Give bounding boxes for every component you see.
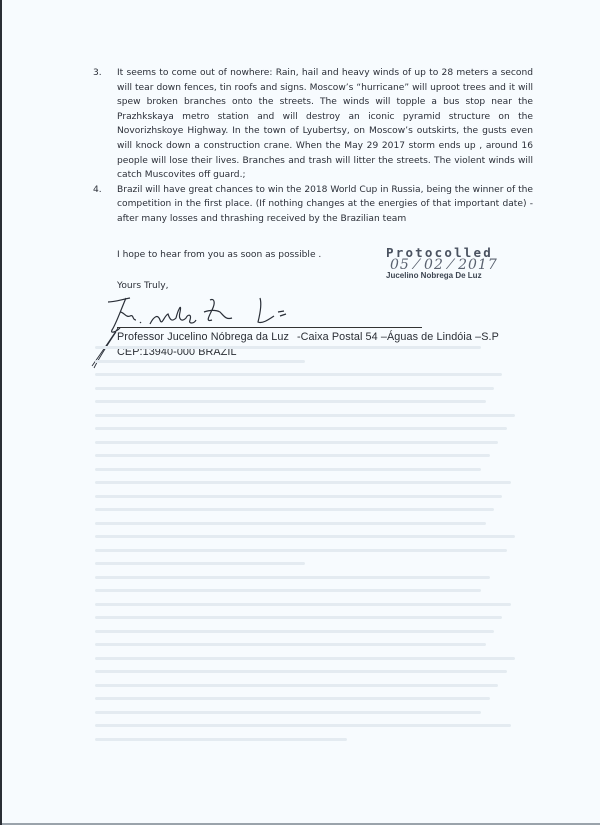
bleed-line bbox=[95, 495, 502, 498]
bleed-line bbox=[95, 441, 498, 444]
list-item: 3. It seems to come out of nowhere: Rain… bbox=[93, 66, 533, 183]
stamp-name: Jucelino Nobrega De Luz bbox=[386, 271, 526, 280]
bleed-line bbox=[95, 589, 481, 592]
bleed-line bbox=[95, 535, 515, 538]
bleed-line bbox=[95, 643, 486, 646]
closing-line: I hope to hear from you as soon as possi… bbox=[117, 250, 321, 260]
list-item-text: Brazil will have great chances to win th… bbox=[117, 185, 533, 224]
prediction-list: 3. It seems to come out of nowhere: Rain… bbox=[93, 66, 533, 227]
bleed-line bbox=[95, 346, 481, 349]
bleed-line bbox=[95, 427, 507, 430]
letter-page: 3. It seems to come out of nowhere: Rain… bbox=[0, 0, 600, 825]
bleed-line bbox=[95, 616, 502, 619]
list-item: 4. Brazil will have great chances to win… bbox=[93, 183, 533, 227]
bleed-line bbox=[95, 387, 494, 390]
bleed-line bbox=[95, 481, 511, 484]
list-item-text: It seems to come out of nowhere: Rain, h… bbox=[117, 68, 533, 180]
bleed-line bbox=[95, 724, 511, 727]
bleed-line bbox=[95, 522, 486, 525]
bleed-line bbox=[95, 738, 347, 741]
bleed-line bbox=[95, 400, 486, 403]
bleed-line bbox=[95, 670, 507, 673]
bleed-line bbox=[95, 454, 490, 457]
signature-line bbox=[117, 327, 422, 328]
bleed-line bbox=[95, 576, 490, 579]
bleed-line bbox=[95, 414, 515, 417]
address-line-1: Professor Jucelino Nóbrega da Luz-Caixa … bbox=[117, 330, 499, 345]
bleed-line bbox=[95, 562, 305, 565]
bleed-line bbox=[95, 630, 494, 633]
sender-postal-box: -Caixa Postal 54 –Águas de Lindóia –S.P bbox=[297, 331, 499, 343]
bleed-line bbox=[95, 711, 481, 714]
bleed-line bbox=[95, 549, 507, 552]
bleed-line bbox=[95, 603, 511, 606]
sender-name: Professor Jucelino Nóbrega da Luz bbox=[117, 331, 289, 343]
bleed-line bbox=[95, 697, 490, 700]
bleed-line bbox=[95, 373, 502, 376]
bleed-line bbox=[95, 508, 494, 511]
bleed-line bbox=[95, 360, 305, 363]
bleed-line bbox=[95, 657, 515, 660]
list-item-number: 3. bbox=[93, 66, 102, 81]
list-item-number: 4. bbox=[93, 183, 102, 198]
bleed-through-text bbox=[95, 346, 515, 751]
bleed-line bbox=[95, 684, 498, 687]
bleed-line bbox=[95, 468, 481, 471]
protocol-stamp: Protocolled 05 ⁄ 02 ⁄ 2017 Jucelino Nobr… bbox=[386, 245, 526, 280]
